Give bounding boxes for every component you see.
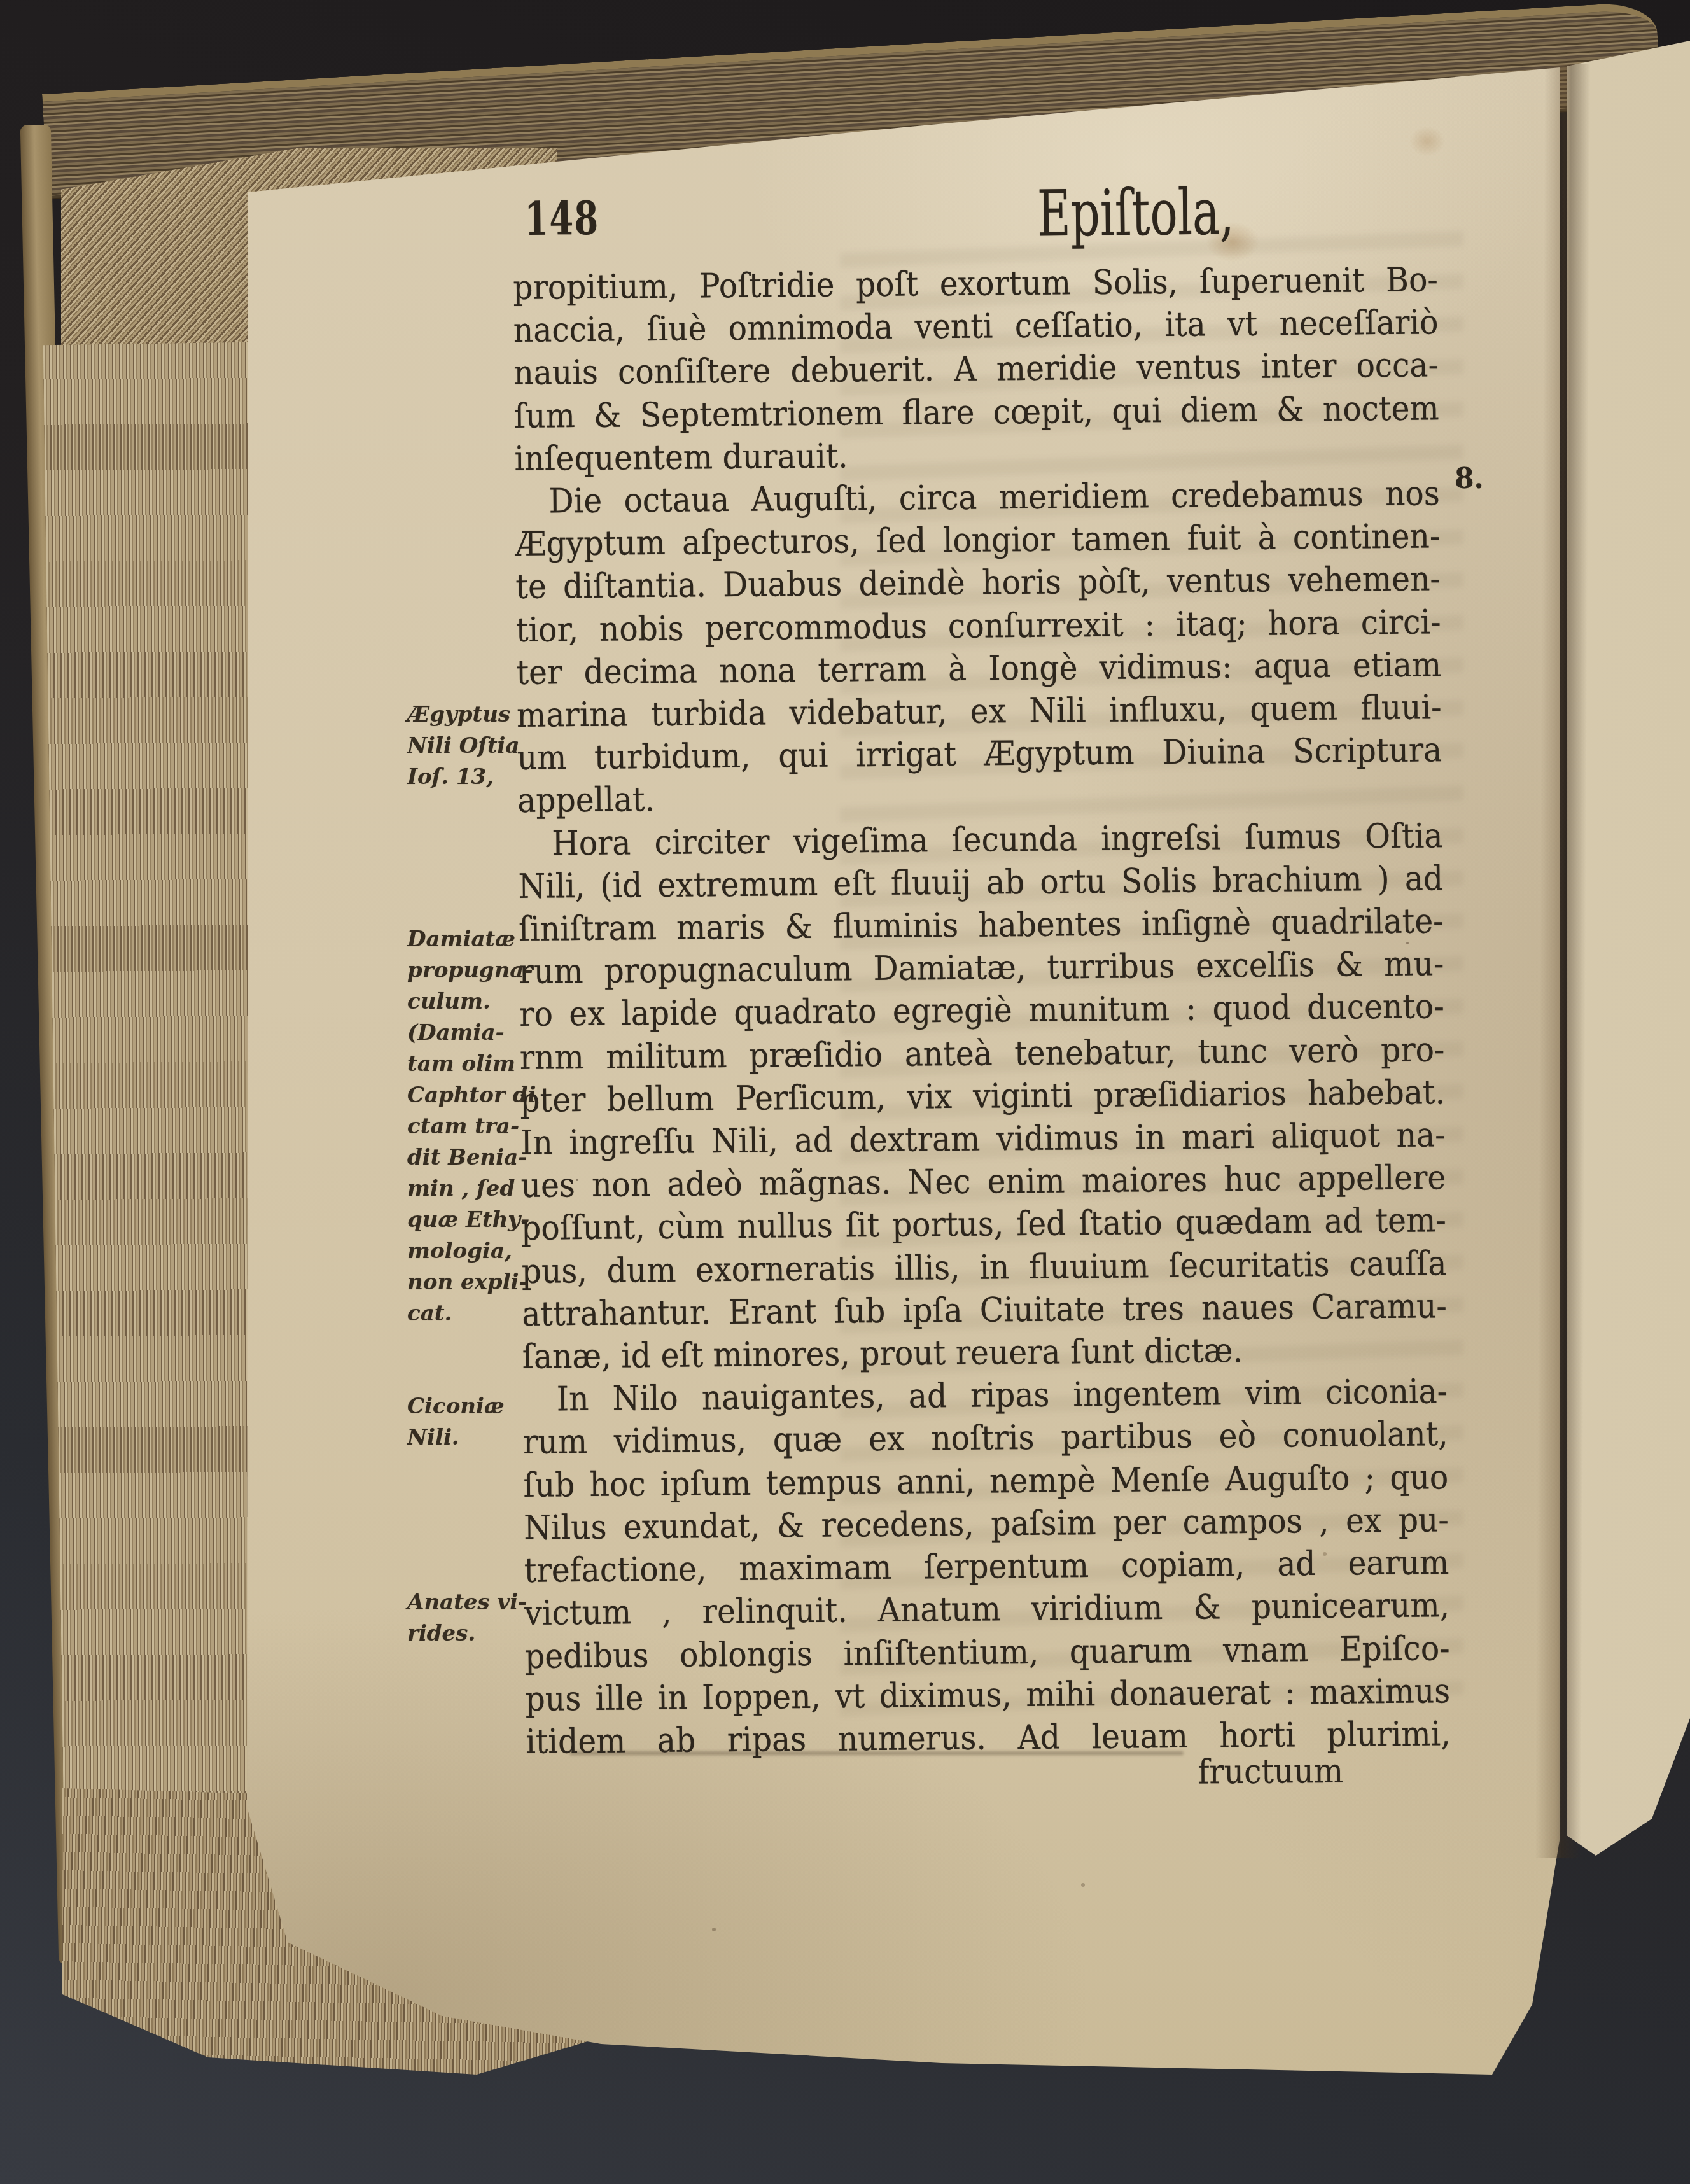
body-text: propitium, Poſtridie poſt exortum Solis,… — [513, 258, 1451, 1763]
margin-note-line: non expli- — [407, 1267, 542, 1298]
margin-note: Damiatæpropugna-culum.(Damia-tam olimCap… — [407, 924, 542, 1329]
body-line: ſum & Septemtrionem flare cœpit, qui die… — [514, 387, 1439, 438]
body-line: pter bellum Perſicum, vix viginti præſid… — [520, 1071, 1445, 1122]
body-line: pedibus oblongis inſiſtentium, quarum vn… — [525, 1627, 1450, 1678]
margin-note-line: culum. — [407, 986, 542, 1018]
margin-note-line: Ioſ. 13, — [407, 762, 542, 793]
running-title-text: Epiſtola, — [1037, 183, 1234, 242]
body-line: pus ille in Ioppen, vt diximus, mihi don… — [525, 1670, 1450, 1721]
margin-note-line: cat. — [407, 1298, 542, 1329]
body-line: In Nilo nauigantes, ad ripas ingentem vi… — [522, 1371, 1448, 1422]
body-line: In ingreſſu Nili, ad dextram vidimus in … — [520, 1114, 1446, 1165]
body-line: rum propugnaculum Damiatæ, turribus exce… — [519, 943, 1444, 994]
margin-note-line: (Damia- — [407, 1018, 542, 1049]
body-line: attrahantur. Erant ſub ipſa Ciuitate tre… — [522, 1285, 1447, 1336]
body-line: tior, nobis percommodus conſurrexit : it… — [516, 601, 1441, 652]
margin-note-line: min , ſed — [407, 1173, 542, 1205]
body-line: propitium, Poſtridie poſt exortum Solis,… — [513, 258, 1438, 309]
body-line: trefactione, maximam ſerpentum copiam, a… — [524, 1541, 1449, 1592]
margin-note-line: Anates vi- — [407, 1587, 542, 1618]
body-line: ſiniſtram maris & fluminis habentes inſi… — [519, 900, 1444, 951]
section-number-note: 8. — [1455, 463, 1484, 495]
body-line: pus, dum exorneratis illis, in fluuium ſ… — [521, 1242, 1446, 1293]
body-line: ter decima nona terram à Iongè vidimus: … — [516, 643, 1441, 694]
margin-note-line: tam olim — [407, 1049, 542, 1080]
body-line: appellat. — [517, 772, 1442, 823]
gutter-crease — [1535, 64, 1591, 1858]
body-line: rnm militum præſidio anteà tenebatur, tu… — [520, 1028, 1445, 1079]
body-line: ues non adeò mãgnas. Nec enim maiores hu… — [520, 1157, 1446, 1208]
body-line: marina turbida videbatur, ex Nili influx… — [517, 686, 1442, 737]
margin-note-line: ctam tra- — [407, 1111, 542, 1142]
body-line: inſequentem durauit. — [514, 430, 1439, 480]
body-line: naccia, ſiuè omnimoda venti ceſſatio, it… — [513, 302, 1439, 353]
margin-note-line: Ciconiæ — [407, 1391, 542, 1422]
body-line: ſub hoc ipſum tempus anni, nempè Menſe A… — [523, 1456, 1448, 1507]
body-line: poſſunt, cùm nullus ſit portus, ſed ſtat… — [521, 1200, 1446, 1250]
body-line: ſanæ, id eſt minores, prout reuera ſunt … — [522, 1327, 1448, 1378]
margin-note: ÆgyptusNili OſtiaIoſ. 13, — [407, 699, 542, 793]
margin-note-line: rides. — [407, 1618, 542, 1649]
margin-note: CiconiæNili. — [407, 1391, 542, 1453]
margin-note-line: Nili Oſtia — [407, 731, 542, 762]
body-line: Nili, (id extremum eſt fluuij ab ortu So… — [518, 857, 1443, 908]
body-line: te diſtantia. Duabus deindè horis pòſt, … — [515, 558, 1441, 609]
paper-specks — [0, 0, 3, 3]
page-edges-left — [43, 342, 269, 1828]
margin-note-line: Caphtor di — [407, 1080, 542, 1111]
margin-note: Anates vi-rides. — [407, 1587, 542, 1649]
margin-note-line: Ægyptus — [407, 699, 542, 731]
margin-note-line: mologia, — [407, 1236, 542, 1267]
page-number: 148 — [524, 195, 599, 242]
body-line: Die octaua Auguſti, circa meridiem crede… — [515, 472, 1440, 523]
body-line: Nilus exundat, & recedens, paſsim per ca… — [524, 1499, 1449, 1550]
body-line: nauis conſiſtere debuerit. A meridie ven… — [513, 344, 1439, 395]
body-line: ro ex lapide quadrato egregiè munitum : … — [519, 986, 1444, 1037]
margin-note-line: quæ Ethy- — [407, 1205, 542, 1236]
body-line: Hora circiter vigeſima ſecunda ingreſsi … — [518, 815, 1443, 865]
book-scan-photo: 148 Epiſtola, 8. propitium, Poſtridie po… — [0, 0, 1690, 2184]
margin-note-line: propugna- — [407, 955, 542, 986]
body-line: victum , relinquit. Anatum viridium & pu… — [524, 1585, 1449, 1635]
body-line: Ægyptum aſpecturos, ſed longior tamen fu… — [515, 515, 1441, 566]
body-line: um turbidum, qui irrigat Ægyptum Diuina … — [517, 729, 1442, 780]
margin-note-line: dit Benia- — [407, 1142, 542, 1173]
body-line: rum vidimus, quæ ex noſtris partibus eò … — [523, 1413, 1448, 1464]
margin-note-line: Damiatæ — [407, 924, 542, 955]
catchword: fructuum — [1056, 1753, 1343, 1793]
margin-note-line: Nili. — [407, 1422, 542, 1453]
